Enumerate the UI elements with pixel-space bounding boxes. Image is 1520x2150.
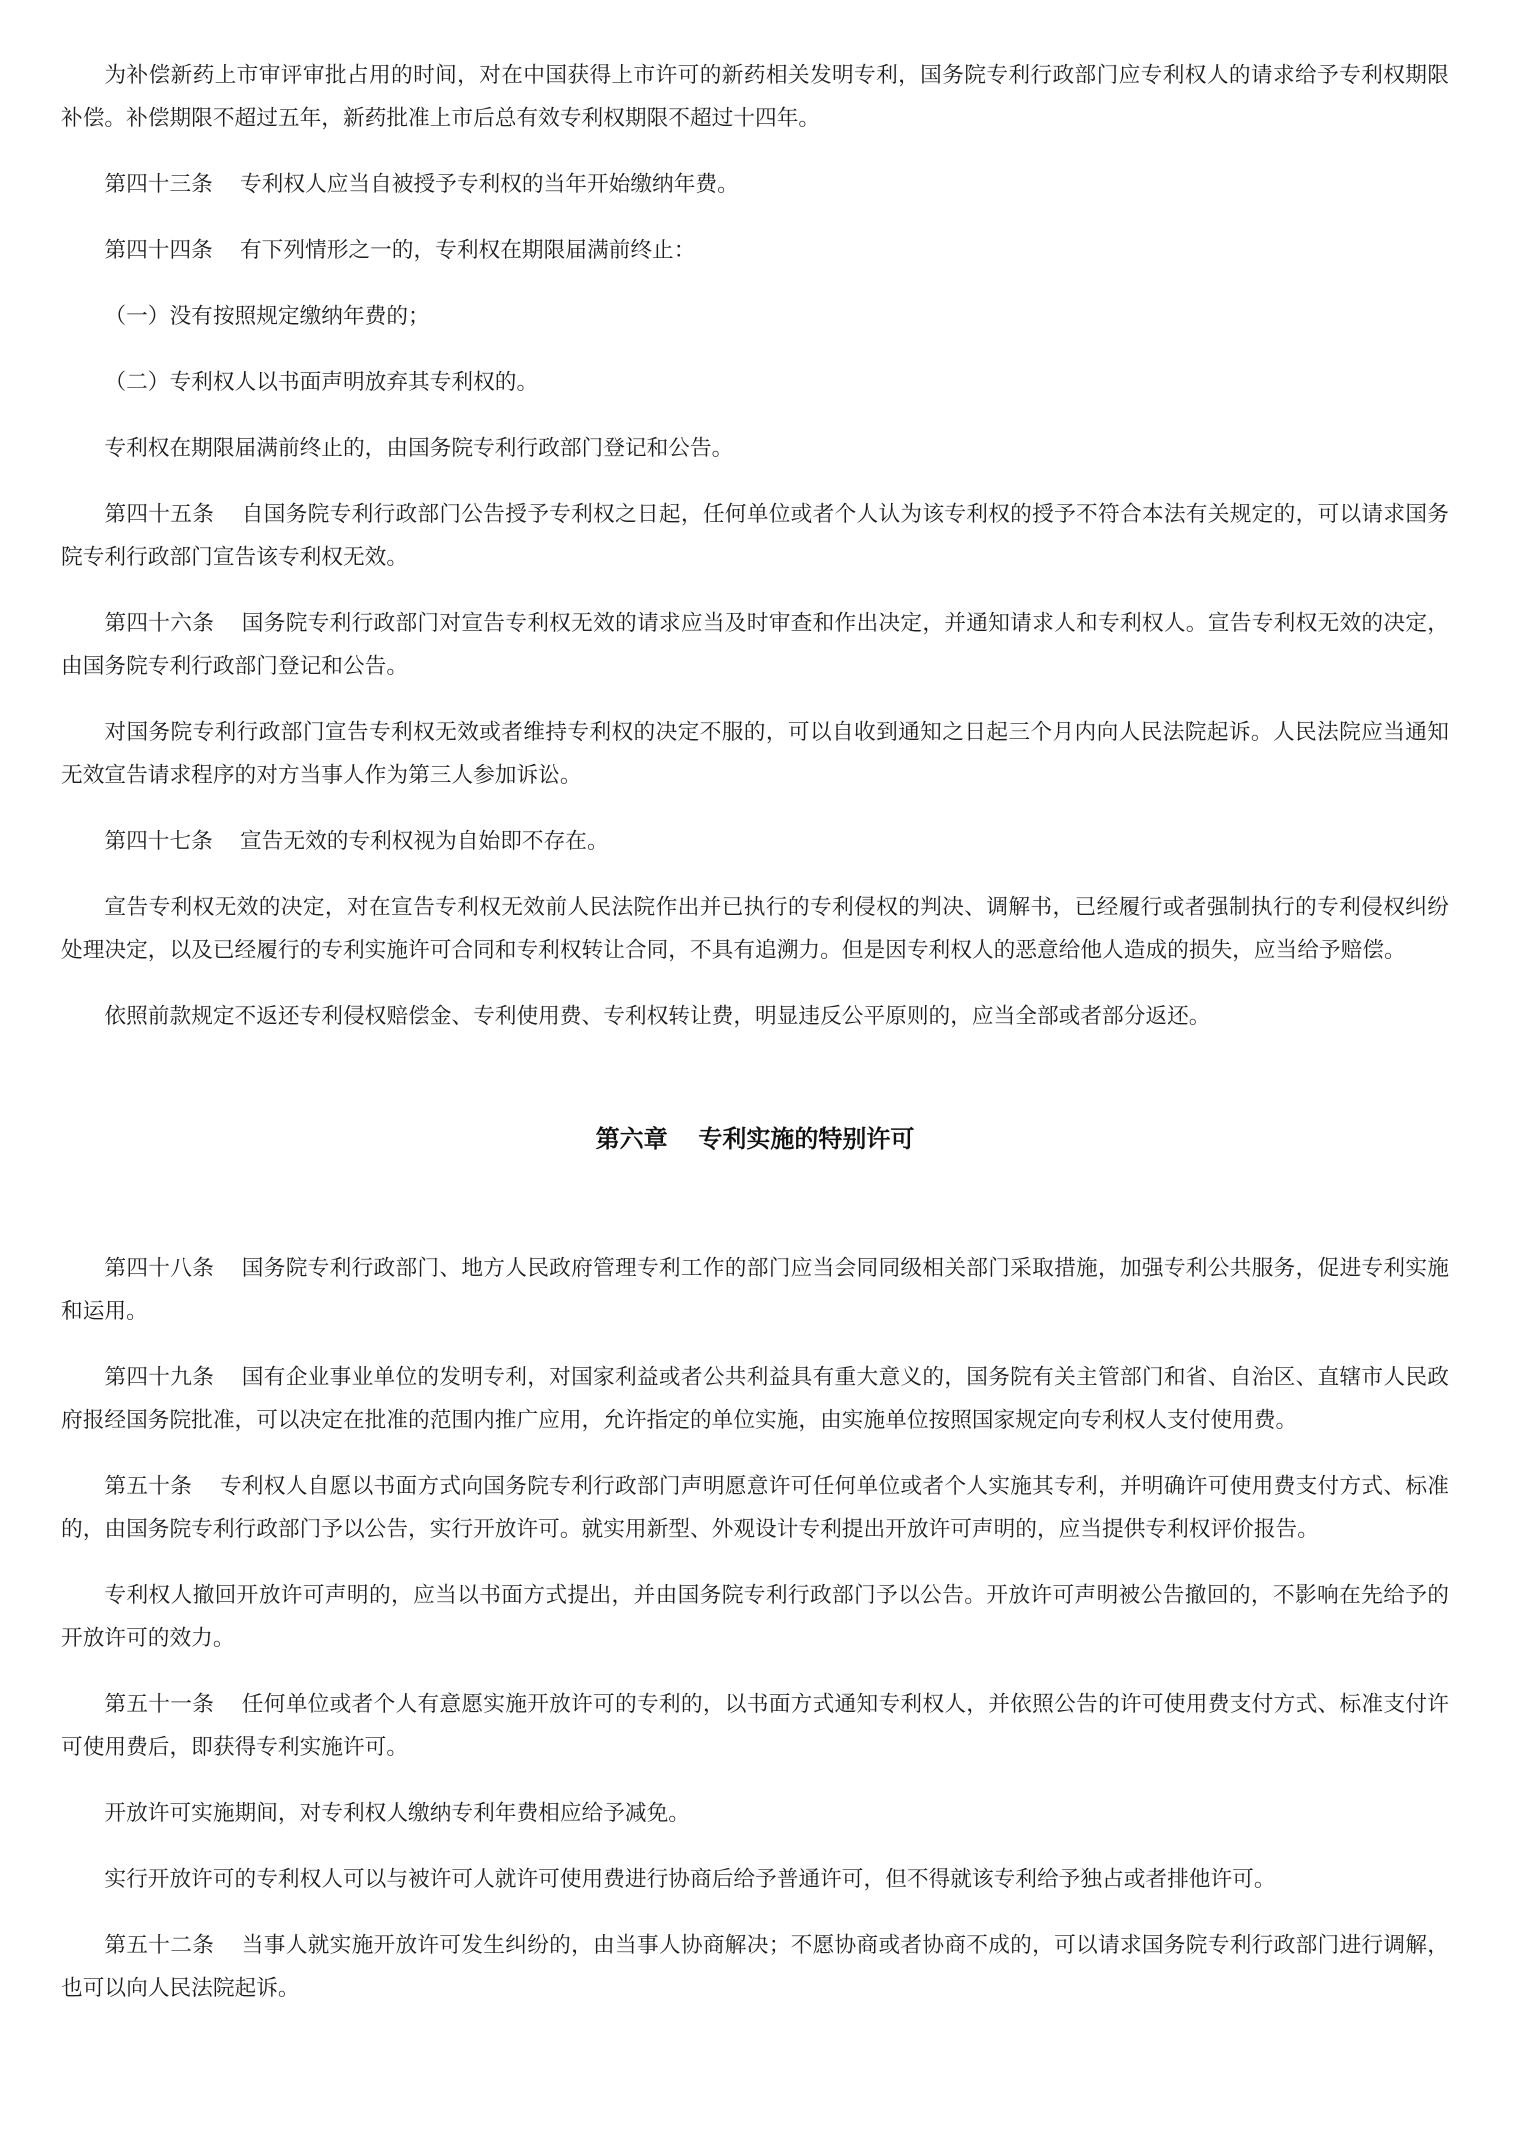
law-paragraph: （二）专利权人以书面声明放弃其专利权的。 [61,361,1449,404]
law-paragraph: 专利权人撤回开放许可声明的，应当以书面方式提出，并由国务院专利行政部门予以公告。… [61,1574,1449,1660]
law-paragraph: 第四十三条 专利权人应当自被授予专利权的当年开始缴纳年费。 [61,163,1449,206]
law-paragraph: （一）没有按照规定缴纳年费的； [61,295,1449,338]
law-paragraph: 第五十一条 任何单位或者个人有意愿实施开放许可的专利的，以书面方式通知专利权人，… [61,1683,1449,1769]
law-paragraph: 实行开放许可的专利权人可以与被许可人就许可使用费进行协商后给予普通许可，但不得就… [61,1858,1449,1901]
law-paragraph: 第四十六条 国务院专利行政部门对宣告专利权无效的请求应当及时审查和作出决定，并通… [61,602,1449,688]
law-paragraph: 第五十二条 当事人就实施开放许可发生纠纷的，由当事人协商解决；不愿协商或者协商不… [61,1924,1449,2010]
law-paragraph: 为补偿新药上市审评审批占用的时间，对在中国获得上市许可的新药相关发明专利，国务院… [61,54,1449,140]
law-paragraph: 第四十九条 国有企业事业单位的发明专利，对国家利益或者公共利益具有重大意义的，国… [61,1356,1449,1442]
document-body: 为补偿新药上市审评审批占用的时间，对在中国获得上市许可的新药相关发明专利，国务院… [0,0,1449,2010]
law-paragraph: 专利权在期限届满前终止的，由国务院专利行政部门登记和公告。 [61,427,1449,470]
law-paragraph: 第五十条 专利权人自愿以书面方式向国务院专利行政部门声明愿意许可任何单位或者个人… [61,1465,1449,1551]
law-paragraph: 第四十五条 自国务院专利行政部门公告授予专利权之日起，任何单位或者个人认为该专利… [61,493,1449,579]
law-paragraph: 依照前款规定不返还专利侵权赔偿金、专利使用费、专利权转让费，明显违反公平原则的，… [61,995,1449,1038]
document-page: 为补偿新药上市审评审批占用的时间，对在中国获得上市许可的新药相关发明专利，国务院… [0,0,1520,2150]
law-paragraph: 开放许可实施期间，对专利权人缴纳专利年费相应给予减免。 [61,1792,1449,1835]
law-paragraph: 宣告专利权无效的决定，对在宣告专利权无效前人民法院作出并已执行的专利侵权的判决、… [61,886,1449,972]
law-paragraph: 第四十八条 国务院专利行政部门、地方人民政府管理专利工作的部门应当会同同级相关部… [61,1247,1449,1333]
law-paragraph: 对国务院专利行政部门宣告专利权无效或者维持专利权的决定不服的，可以自收到通知之日… [61,711,1449,797]
law-paragraph: 第四十四条 有下列情形之一的，专利权在期限届满前终止： [61,229,1449,272]
law-paragraph: 第四十七条 宣告无效的专利权视为自始即不存在。 [61,820,1449,863]
chapter-heading: 第六章 专利实施的特别许可 [61,1118,1449,1161]
